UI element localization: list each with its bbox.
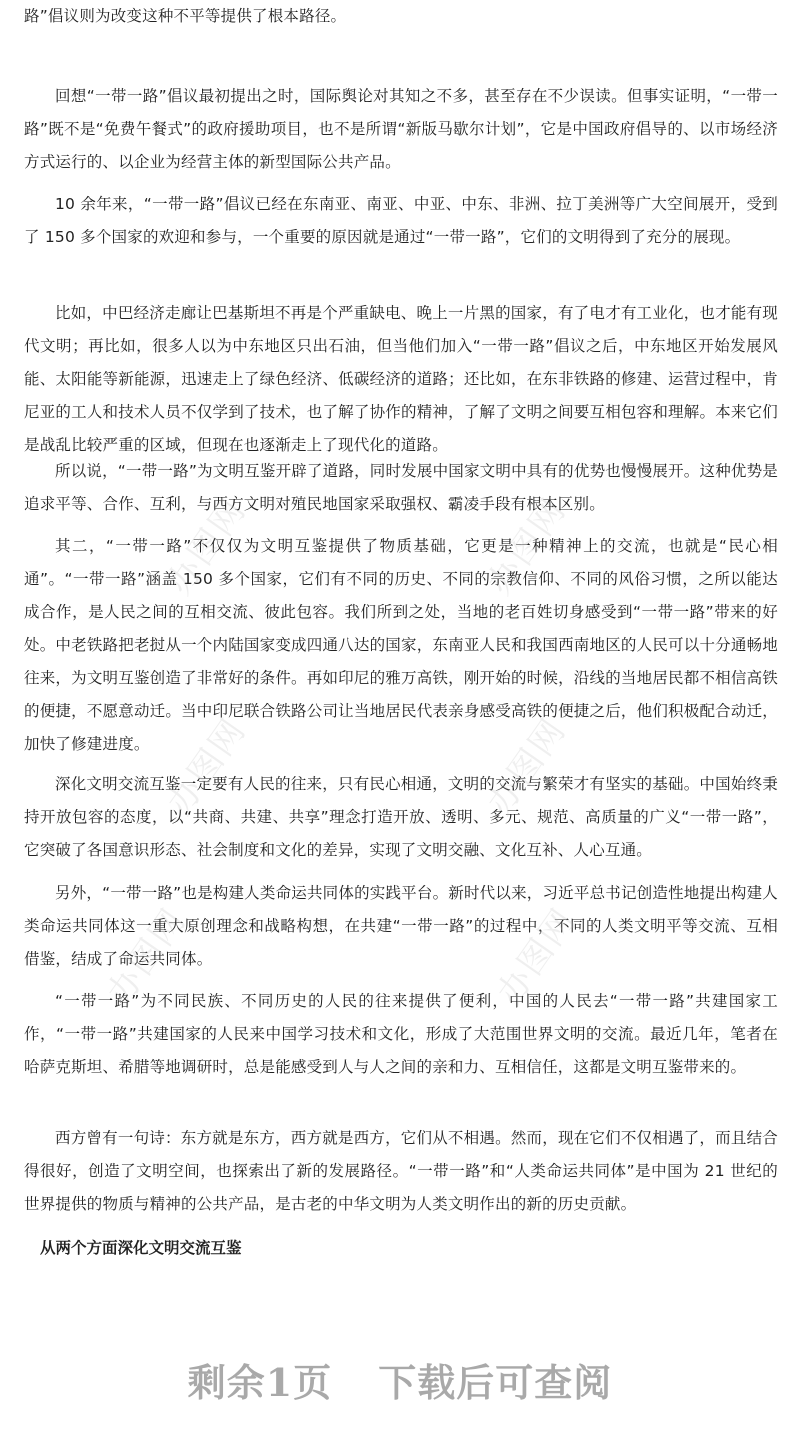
- paragraph-second-point: 其二，“一带一路”不仅仅为文明互鉴提供了物质基础，它更是一种精神上的交流，也就是…: [24, 530, 778, 761]
- paragraph-deepen-exchange: 深化文明交流互鉴一定要有人民的往来，只有民心相通，文明的交流与繁荣才有坚实的基础…: [24, 768, 778, 867]
- paragraph-continuation: 路”倡议则为改变这种不平等提供了根本路径。: [24, 0, 778, 33]
- download-to-view-label: 下载后可查阅: [378, 1360, 612, 1405]
- paragraph-initial-perception: 回想“一带一路”倡议最初提出之时，国际舆论对其知之不多，甚至存在不少误读。但事实…: [24, 80, 778, 179]
- paragraph-people-exchange: “一带一路”为不同民族、不同历史的人民的往来提供了便利，中国的人民去“一带一路”…: [24, 985, 778, 1084]
- paragraph-ten-years: 10 余年来，“一带一路”倡议已经在东南亚、南亚、中亚、中东、非洲、拉丁美洲等广…: [24, 188, 778, 254]
- paragraph-therefore: 所以说，“一带一路”为文明互鉴开辟了道路，同时发展中国家文明中具有的优势也慢慢展…: [24, 455, 778, 521]
- download-prompt-banner[interactable]: 剩余1页下载后可查阅: [0, 1352, 800, 1407]
- paragraph-east-west: 西方曾有一句诗：东方就是东方，西方就是西方，它们从不相遇。然而，现在它们不仅相遇…: [24, 1122, 778, 1221]
- section-heading: 从两个方面深化文明交流互鉴: [40, 1232, 242, 1265]
- remaining-pages-label: 剩余1页: [188, 1360, 332, 1405]
- paragraph-examples: 比如，中巴经济走廊让巴基斯坦不再是个严重缺电、晚上一片黑的国家，有了电才有工业化…: [24, 297, 778, 462]
- paragraph-community-platform: 另外，“一带一路”也是构建人类命运共同体的实践平台。新时代以来，习近平总书记创造…: [24, 877, 778, 976]
